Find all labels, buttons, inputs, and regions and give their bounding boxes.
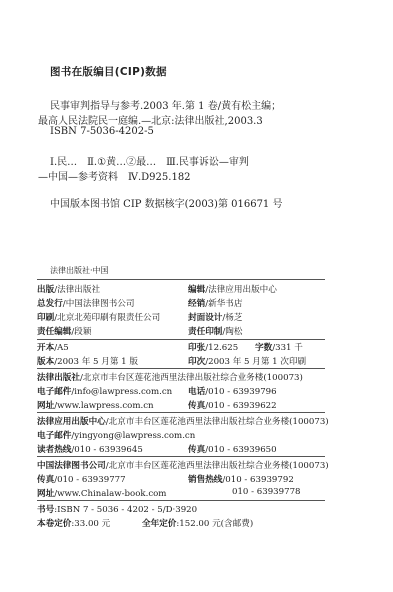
cip-classification-2: —中国—参考资料 Ⅳ.D925.182 [38, 168, 191, 183]
divider [37, 339, 325, 340]
credit-distributor: 总发行/中国法律图书公司 [37, 297, 134, 309]
center-address: 法律应用出版中心/北京市丰台区莲花池西里法律出版社综合业务楼(100073) [37, 415, 329, 427]
center-fax: 传真/010 - 63939650 [188, 443, 277, 455]
press-fax: 传真/010 - 63939622 [188, 399, 277, 411]
company-sales: 销售热线/010 - 63939792 [188, 473, 294, 485]
cip-title: 图书在版编目(CIP)数据 [50, 64, 167, 79]
cip-line-1: 民事审判指导与参考.2003 年.第 1 卷/黄有松主编； [50, 97, 281, 112]
credit-printer: 印刷/北京北苑印刷有限责任公司 [37, 311, 160, 323]
spec-printing: 印次/2003 年 5 月第 1 次印刷 [188, 355, 306, 367]
divider [37, 456, 325, 457]
center-hotline: 读者热线/010 - 63939645 [37, 443, 143, 455]
credit-publisher: 出版/法律出版社 [37, 283, 100, 295]
credit-editorial: 编辑/法律应用出版中心 [188, 283, 277, 295]
press-website: 网址/www.lawpress.com.cn [37, 399, 154, 411]
credit-print-supervisor: 责任印制/陶松 [188, 325, 242, 337]
divider [37, 279, 325, 280]
credit-editor: 责任编辑/段颖 [37, 325, 91, 337]
company-sales-2: 010 - 63939778 [232, 487, 301, 497]
volume-price: 本卷定价:33.00 元 [37, 517, 110, 529]
divider [37, 500, 325, 501]
spec-edition: 版本/2003 年 5 月第 1 版 [37, 355, 138, 367]
press-phone: 电话/010 - 63939796 [188, 385, 277, 397]
cip-isbn: ISBN 7-5036-4202-5 [50, 126, 154, 137]
company-website: 网址/www.Chinalaw-book.com [37, 487, 166, 499]
divider [37, 368, 325, 369]
cip-classification-1: Ⅰ.民… Ⅱ.①黄…②最… Ⅲ.民事诉讼—审判 [50, 153, 249, 168]
cip-number: 中国版本图书馆 CIP 数据核字(2003)第 016671 号 [50, 195, 282, 210]
credit-cover-design: 封面设计/杨芝 [188, 311, 242, 323]
company-fax: 传真/010 - 63939777 [37, 473, 126, 485]
press-email: 电子邮件/info@lawpress.com.cn [37, 385, 172, 397]
book-number: 书号:ISBN 7 - 5036 - 4202 - 5/D·3920 [37, 503, 197, 515]
spec-format: 开本/A5 [37, 341, 69, 353]
credit-dealer: 经销/新华书店 [188, 297, 242, 309]
press-address: 法律出版社/北京市丰台区莲花池西里法律出版社综合业务楼(100073) [37, 371, 303, 383]
center-email: 电子邮件/yingyong@lawpress.com.cn [37, 429, 195, 441]
company-address: 中国法律图书公司/北京市丰台区莲花池西里法律出版社综合业务楼(100073) [37, 459, 329, 471]
spec-sheets: 印张/12.625 [188, 341, 238, 353]
spec-words: 字数/331 千 [255, 341, 303, 353]
publisher-header: 法律出版社·中国 [50, 265, 109, 276]
divider [37, 412, 325, 413]
annual-price: 全年定价:152.00 元(含邮费) [142, 517, 253, 529]
cip-line-2: 最高人民法院民一庭编.—北京:法律出版社,2003.3 [38, 112, 263, 127]
